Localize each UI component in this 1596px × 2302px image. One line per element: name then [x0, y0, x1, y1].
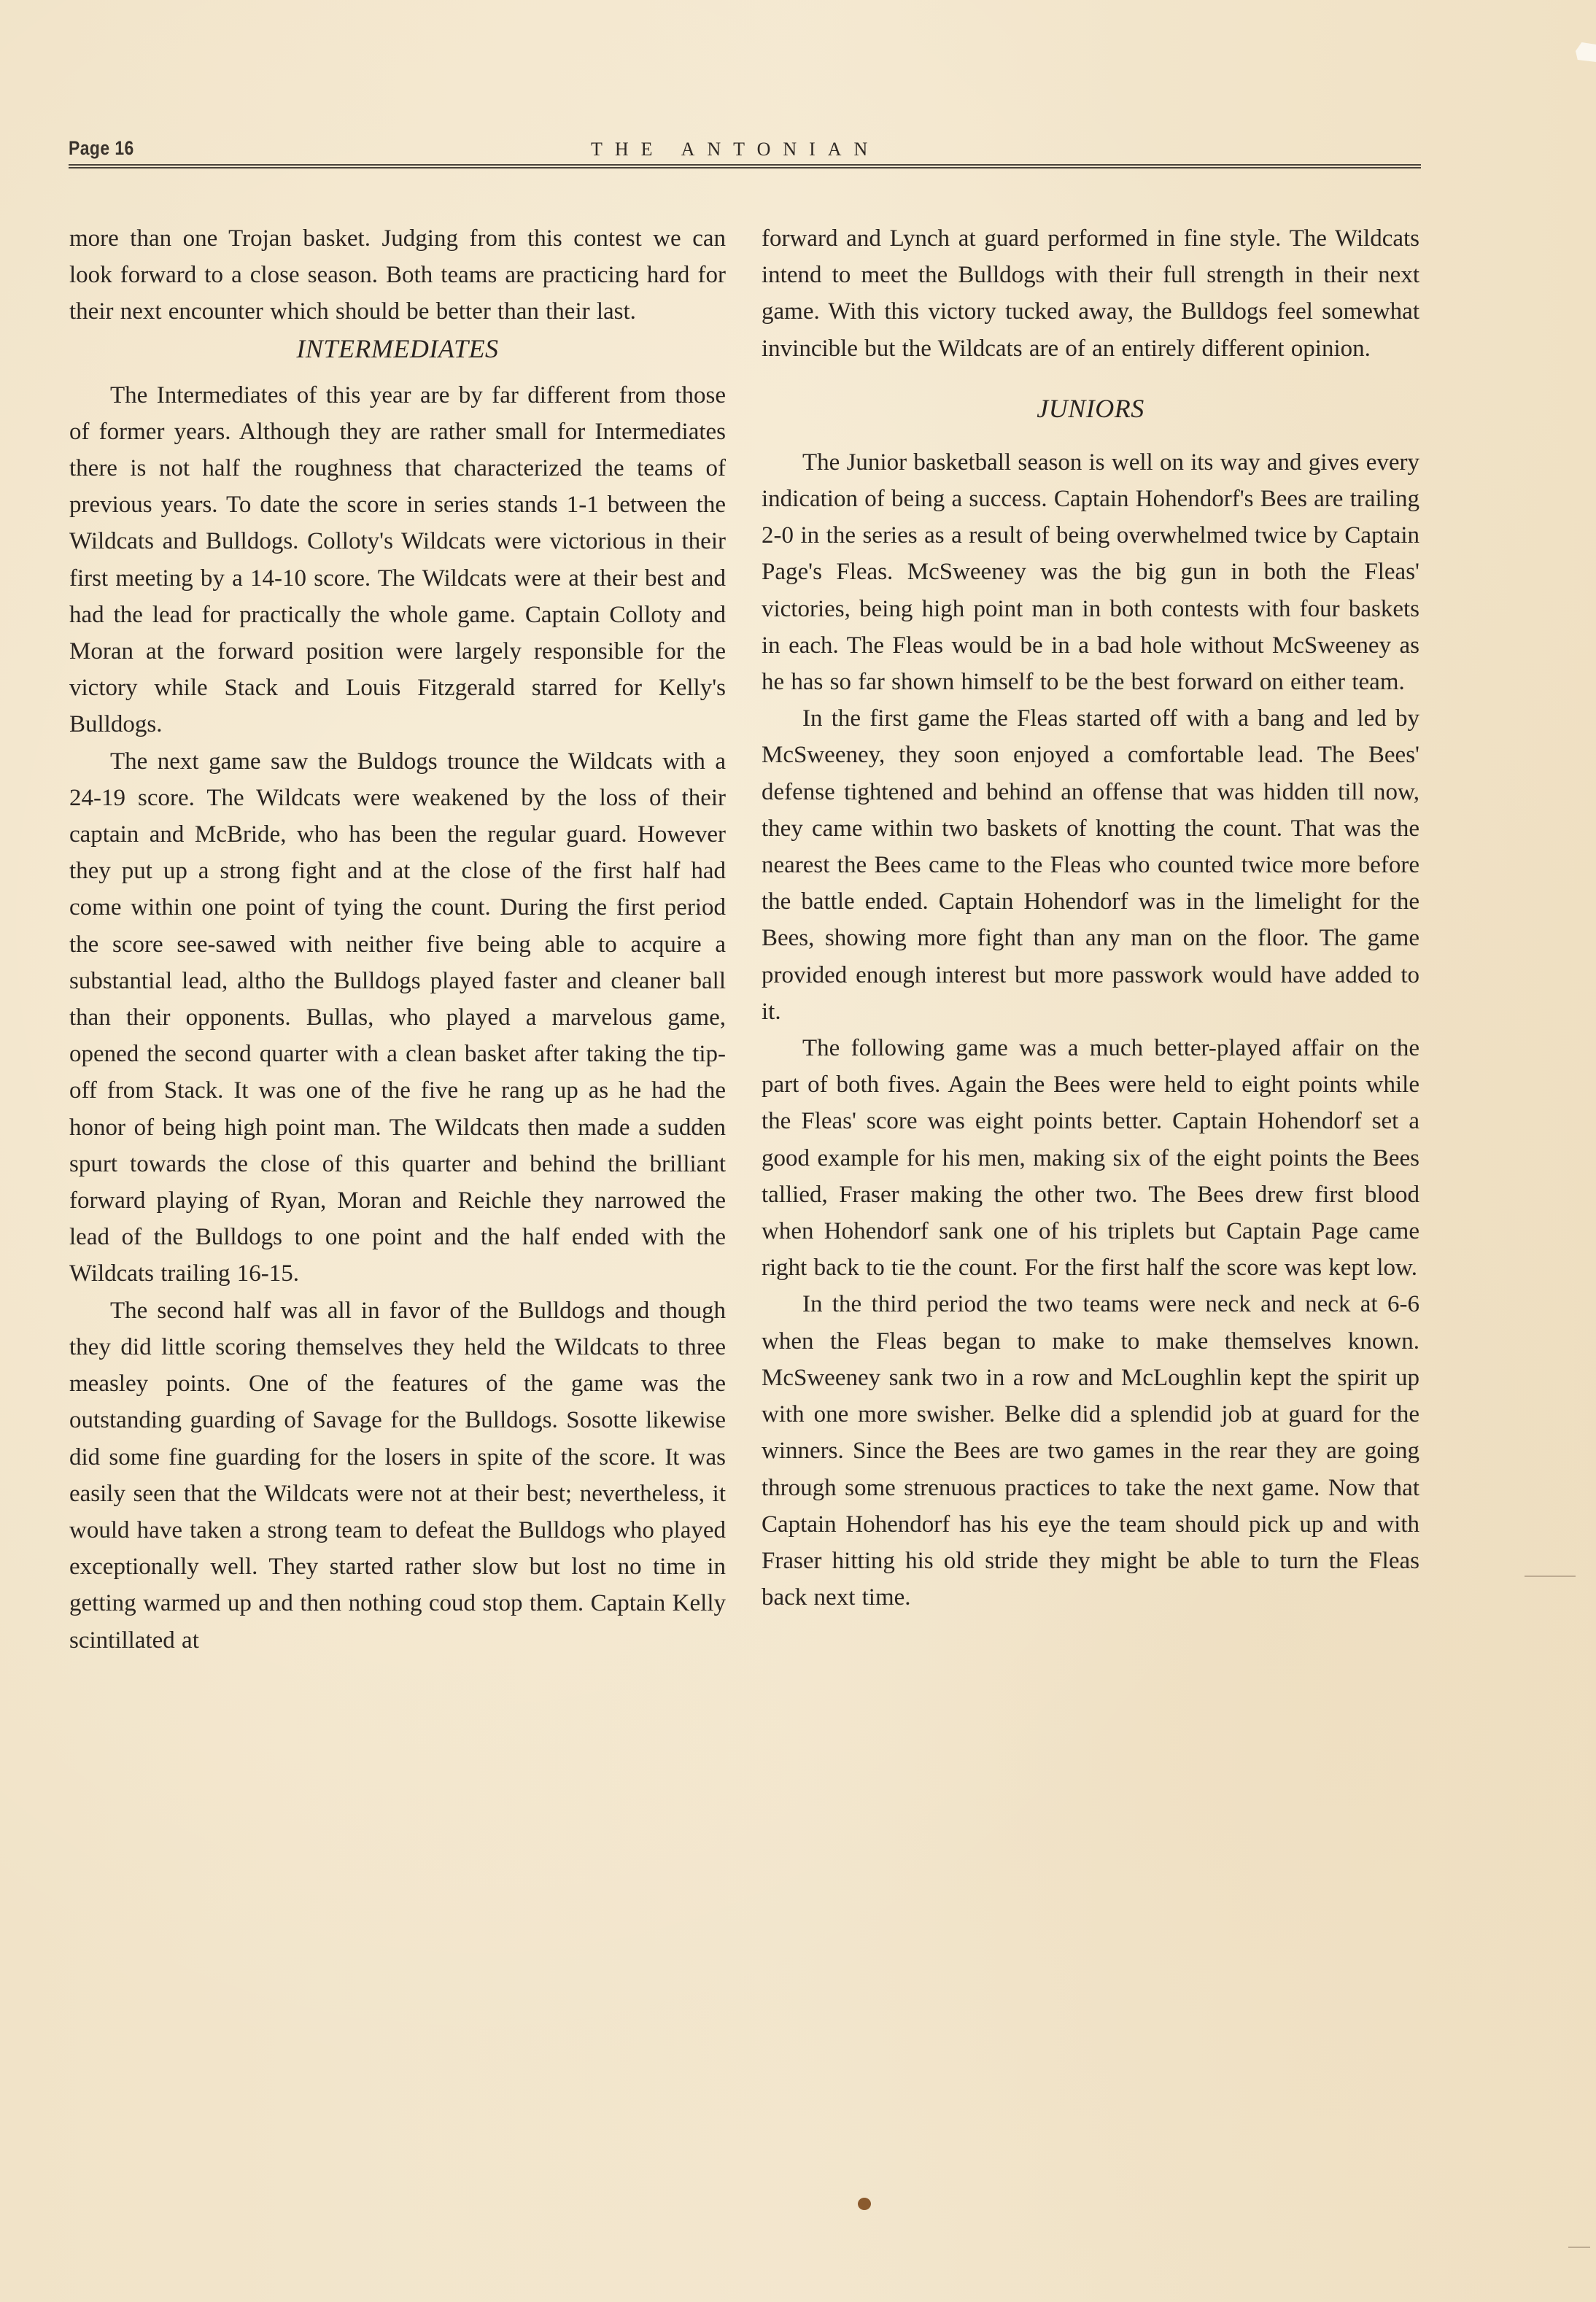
publication-title: THE ANTONIAN — [591, 139, 880, 160]
right-column: forward and Lynch at guard performed in … — [762, 220, 1419, 1616]
section-heading-juniors: JUNIORS — [762, 390, 1419, 427]
paper-crease-mark — [1525, 1576, 1576, 1577]
page-number: Page 16 — [69, 137, 134, 160]
header-rule — [69, 164, 1421, 168]
paper-crease-mark — [1568, 2247, 1590, 2248]
left-column: more than one Trojan basket. Judging fro… — [69, 220, 726, 1659]
paper-tear-mark — [1576, 42, 1596, 64]
running-head: Page 16 THE ANTONIAN — [69, 137, 1421, 169]
section-heading-intermediates: INTERMEDIATES — [69, 330, 726, 367]
continued-paragraph: more than one Trojan basket. Judging fro… — [69, 220, 726, 330]
paragraph: The following game was a much better-pla… — [762, 1030, 1419, 1286]
scanned-page: Page 16 THE ANTONIAN more than one Troja… — [0, 0, 1596, 2302]
continued-paragraph: forward and Lynch at guard performed in … — [762, 220, 1419, 367]
paragraph: The second half was all in favor of the … — [69, 1293, 726, 1659]
paragraph: In the first game the Fleas started off … — [762, 700, 1419, 1030]
ink-dot-mark — [858, 2198, 871, 2210]
paragraph: The Junior basketball season is well on … — [762, 444, 1419, 700]
paragraph: The Intermediates of this year are by fa… — [69, 377, 726, 743]
paragraph: In the third period the two teams were n… — [762, 1286, 1419, 1616]
paragraph: The next game saw the Buldogs trounce th… — [69, 743, 726, 1293]
